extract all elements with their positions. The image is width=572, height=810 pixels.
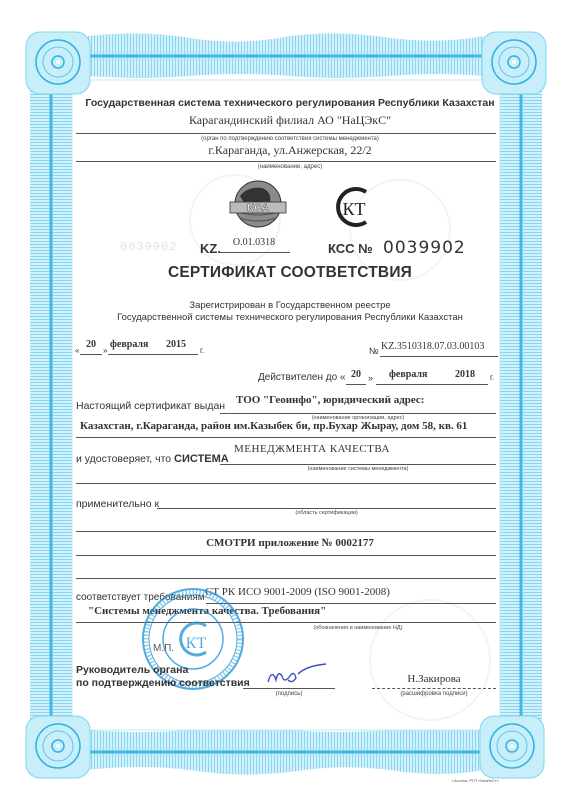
svg-text:КТ: КТ <box>342 199 365 219</box>
certifying-body-address: г.Караганда, ул.Анжерская, 22/2 <box>60 143 520 158</box>
nca-globe-logo: NCA <box>226 178 290 234</box>
signatory-role-line-2: по подтверждению соответствия <box>76 677 250 689</box>
blank-line <box>76 531 496 532</box>
system-underline <box>220 464 496 465</box>
validity-year: 2018 <box>455 369 475 380</box>
issue-number-label: № <box>369 346 379 356</box>
svg-text:КТ: КТ <box>186 635 207 652</box>
issue-day: 20 <box>80 339 102 350</box>
svg-text:NCA: NCA <box>247 203 269 214</box>
certifying-body-caption: (орган по подтверждению соответствия сис… <box>60 136 520 142</box>
issued-to-address: Казахстан, г.Караганда, район им.Казыбек… <box>80 420 467 432</box>
certificate-number: KZ.3510318.07.03.00103 <box>381 341 484 352</box>
handwritten-signature <box>262 660 332 688</box>
kcc-label: КСС № <box>328 241 373 256</box>
certifying-body: Карагандинский филиал АО "НаЦЭкС" <box>60 113 520 128</box>
validity-label: Действителен до « <box>258 372 346 383</box>
issue-year: 2015 <box>166 339 186 350</box>
scope-appendix-underline <box>76 555 496 556</box>
issue-year-suffix: г. <box>200 346 204 355</box>
issue-month-underline <box>108 354 198 355</box>
validity-month-underline <box>376 384 488 385</box>
validity-day: 20 <box>346 369 366 380</box>
signatory-name-caption: (расшифровка подписи) <box>372 691 496 697</box>
issue-open-quote: « <box>75 346 79 355</box>
validity-month: февраля <box>389 369 427 380</box>
certificate-title: СЕРТИФИКАТ СООТВЕТСТВИЯ <box>60 264 520 282</box>
issue-close-quote: » <box>103 346 107 355</box>
scope-caption: (область сертификации) <box>157 510 496 516</box>
system-label-prefix: и удостоверяет, что <box>76 453 171 465</box>
system-label: и удостоверяет, что СИСТЕМА <box>76 453 229 465</box>
requirements-underline <box>206 603 496 604</box>
issued-to-address-underline <box>76 437 496 438</box>
issued-to-label: Настоящий сертификат выдан <box>76 400 225 412</box>
kz-number-underline <box>218 252 290 253</box>
signature-underline <box>243 688 335 689</box>
issued-to-underline <box>220 413 496 414</box>
scope-underline <box>157 508 496 509</box>
issue-month: февраля <box>110 339 148 350</box>
certificate-page: Государственная система технического рег… <box>0 0 572 810</box>
printer-imprint: г.Астана, РГП «КазИнСт» <box>452 778 499 783</box>
stamp-label: М.П. <box>153 643 174 654</box>
kt-conformity-mark-icon: КТ <box>330 182 374 232</box>
issue-day-underline <box>80 354 102 355</box>
system-caption: (наименование системы менеджмента) <box>220 466 496 472</box>
signatory-name: Н.Закирова <box>372 673 496 685</box>
blank-line <box>76 483 496 484</box>
signature-caption: (подпись) <box>243 691 335 697</box>
system-title: Государственная система технического рег… <box>60 97 520 109</box>
signatory-role-line-1: Руководитель органа <box>76 664 188 676</box>
validity-close-quote: » <box>368 373 373 383</box>
registered-line-2: Государственной системы технического рег… <box>60 312 520 323</box>
validity-year-suffix: г. <box>490 373 494 382</box>
management-system-name: МЕНЕДЖМЕНТА КАЧЕСТВА <box>234 443 390 455</box>
scope-label: применительно к <box>76 498 159 510</box>
address-caption: (наименование, адрес) <box>60 164 520 170</box>
certificate-number-underline <box>380 356 498 357</box>
requirements-caption: (обозначения и наименование НД) <box>220 625 496 631</box>
issued-to-organization: ТОО "Геоинфо", юридический адрес: <box>236 394 424 406</box>
blank-line <box>76 578 496 579</box>
divider <box>76 161 496 162</box>
watermark-number: 0039902 <box>120 240 177 254</box>
registered-line-1: Зарегистрирован в Государственном реестр… <box>60 300 520 311</box>
validity-day-underline <box>346 384 366 385</box>
divider <box>76 133 496 134</box>
signatory-name-underline <box>372 688 496 689</box>
kz-number: О.01.0318 <box>218 237 290 248</box>
scope-appendix: СМОТРИ приложение № 0002177 <box>60 537 520 549</box>
kcc-number: 0039902 <box>383 238 466 258</box>
